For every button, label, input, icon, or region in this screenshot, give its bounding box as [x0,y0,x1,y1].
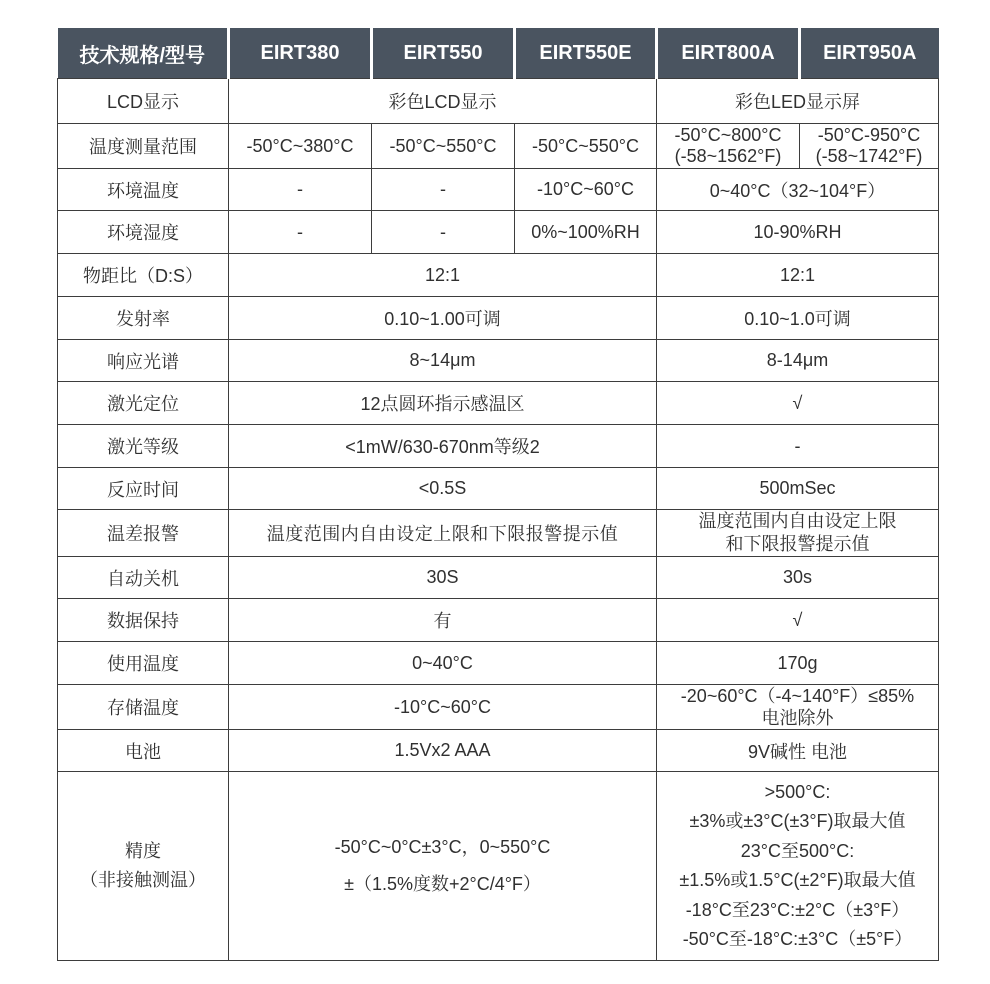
header-row: 技术规格/型号 EIRT380 EIRT550 EIRT550E EIRT800… [58,28,939,79]
cell-range-eirt550: -50°C~550°C [372,124,515,169]
cell-laserclass-group1: <1mW/630-670nm等级2 [229,425,657,468]
cell-ds-group1: 12:1 [229,254,657,297]
row-label-distance-spot-ratio: 物距比（D:S） [58,254,229,297]
cell-line: (-58~1562°F) [660,146,796,167]
cell-humidity-eirt550e: 0%~100%RH [515,211,657,254]
cell-line: ±（1.5%度数+2°C/4°F） [232,866,653,903]
label-line: 精度 [61,837,225,866]
cell-alarm-group2: 温度范围内自由设定上限 和下限报警提示值 [657,510,939,557]
cell-line: -18°C至23°C:±2°C（±3°F） [660,896,935,926]
cell-humidity-group2: 10-90%RH [657,211,939,254]
cell-range-eirt380: -50°C~380°C [229,124,372,169]
row-label-lcd-display: LCD显示 [58,79,229,124]
row-emissivity: 发射率 0.10~1.00可调 0.10~1.0可调 [58,297,939,340]
cell-response-group2: 500mSec [657,468,939,510]
row-lcd-display: LCD显示 彩色LCD显示 彩色LED显示屏 [58,79,939,124]
cell-operating-group1: 0~40°C [229,642,657,685]
cell-datahold-group2: √ [657,599,939,642]
row-distance-spot-ratio: 物距比（D:S） 12:1 12:1 [58,254,939,297]
row-label-ambient-temp: 环境温度 [58,169,229,211]
cell-line: 和下限报警提示值 [660,533,935,556]
cell-line: -50°C-950°C [803,125,935,146]
row-label-spectral-response: 响应光谱 [58,340,229,382]
label-line: （非接触测温） [61,866,225,895]
spec-table: 技术规格/型号 EIRT380 EIRT550 EIRT550E EIRT800… [57,28,939,961]
row-spectral-response: 响应光谱 8~14μm 8-14μm [58,340,939,382]
cell-storage-group2: -20~60°C（-4~140°F）≤85% 电池除外 [657,685,939,730]
cell-laserpos-group2: √ [657,382,939,425]
cell-humidity-eirt550: - [372,211,515,254]
header-cell-eirt550e: EIRT550E [515,28,657,79]
header-cell-eirt950a: EIRT950A [800,28,939,79]
cell-ambient-group2: 0~40°C（32~104°F） [657,169,939,211]
spec-sheet-page: 技术规格/型号 EIRT380 EIRT550 EIRT550E EIRT800… [0,0,990,984]
row-laser-positioning: 激光定位 12点圆环指示感温区 √ [58,382,939,425]
cell-line: -50°C至-18°C:±3°C（±5°F） [660,925,935,955]
cell-lcd-group2: 彩色LED显示屏 [657,79,939,124]
cell-line: ±1.5%或1.5°C(±2°F)取最大值 [660,866,935,896]
header-cell-spec-title: 技术规格/型号 [58,28,229,79]
cell-laserpos-group1: 12点圆环指示感温区 [229,382,657,425]
cell-ambient-eirt380: - [229,169,372,211]
row-label-storage-temp: 存储温度 [58,685,229,730]
cell-autooff-group2: 30s [657,557,939,599]
cell-lcd-group1: 彩色LCD显示 [229,79,657,124]
cell-line: >500°C: [660,778,935,808]
row-accuracy: 精度 （非接触测温） -50°C~0°C±3°C，0~550°C ±（1.5%度… [58,772,939,961]
cell-line: ±3%或±3°C(±3°F)取最大值 [660,807,935,837]
row-response-time: 反应时间 <0.5S 500mSec [58,468,939,510]
row-storage-temp: 存储温度 -10°C~60°C -20~60°C（-4~140°F）≤85% 电… [58,685,939,730]
cell-range-eirt800a: -50°C~800°C (-58~1562°F) [657,124,800,169]
cell-line: -50°C~0°C±3°C，0~550°C [232,829,653,866]
cell-storage-group1: -10°C~60°C [229,685,657,730]
cell-line: 23°C至500°C: [660,837,935,867]
header-cell-eirt380: EIRT380 [229,28,372,79]
row-label-operating-temp: 使用温度 [58,642,229,685]
cell-ambient-eirt550: - [372,169,515,211]
cell-emissivity-group1: 0.10~1.00可调 [229,297,657,340]
row-ambient-temp: 环境温度 - - -10°C~60°C 0~40°C（32~104°F） [58,169,939,211]
cell-response-group1: <0.5S [229,468,657,510]
cell-battery-group2: 9V碱性 电池 [657,730,939,772]
row-temp-alarm: 温差报警 温度范围内自由设定上限和下限报警提示值 温度范围内自由设定上限 和下限… [58,510,939,557]
cell-accuracy-group2: >500°C: ±3%或±3°C(±3°F)取最大值 23°C至500°C: ±… [657,772,939,961]
row-label-ambient-humidity: 环境湿度 [58,211,229,254]
cell-emissivity-group2: 0.10~1.0可调 [657,297,939,340]
cell-line: -50°C~800°C [660,125,796,146]
cell-alarm-group1: 温度范围内自由设定上限和下限报警提示值 [229,510,657,557]
cell-line: 电池除外 [660,707,935,729]
row-label-emissivity: 发射率 [58,297,229,340]
header-cell-eirt550: EIRT550 [372,28,515,79]
row-label-laser-class: 激光等级 [58,425,229,468]
row-data-hold: 数据保持 有 √ [58,599,939,642]
row-auto-power-off: 自动关机 30S 30s [58,557,939,599]
cell-line: (-58~1742°F) [803,146,935,167]
cell-spectral-group1: 8~14μm [229,340,657,382]
row-label-temp-alarm: 温差报警 [58,510,229,557]
cell-accuracy-group1: -50°C~0°C±3°C，0~550°C ±（1.5%度数+2°C/4°F） [229,772,657,961]
cell-line: -20~60°C（-4~140°F）≤85% [660,685,935,707]
cell-datahold-group1: 有 [229,599,657,642]
header-cell-eirt800a: EIRT800A [657,28,800,79]
row-laser-class: 激光等级 <1mW/630-670nm等级2 - [58,425,939,468]
cell-ds-group2: 12:1 [657,254,939,297]
row-label-data-hold: 数据保持 [58,599,229,642]
cell-range-eirt950a: -50°C-950°C (-58~1742°F) [800,124,939,169]
cell-line: 温度范围内自由设定上限 [660,510,935,533]
cell-laserclass-group2: - [657,425,939,468]
cell-spectral-group2: 8-14μm [657,340,939,382]
cell-battery-group1: 1.5Vx2 AAA [229,730,657,772]
cell-humidity-eirt380: - [229,211,372,254]
cell-operating-group2: 170g [657,642,939,685]
row-battery: 电池 1.5Vx2 AAA 9V碱性 电池 [58,730,939,772]
row-label-response-time: 反应时间 [58,468,229,510]
cell-range-eirt550e: -50°C~550°C [515,124,657,169]
row-label-auto-power-off: 自动关机 [58,557,229,599]
row-label-temp-measure-range: 温度测量范围 [58,124,229,169]
row-ambient-humidity: 环境湿度 - - 0%~100%RH 10-90%RH [58,211,939,254]
cell-autooff-group1: 30S [229,557,657,599]
row-label-accuracy: 精度 （非接触测温） [58,772,229,961]
row-temp-measure-range: 温度测量范围 -50°C~380°C -50°C~550°C -50°C~550… [58,124,939,169]
row-operating-temp: 使用温度 0~40°C 170g [58,642,939,685]
row-label-laser-positioning: 激光定位 [58,382,229,425]
row-label-battery: 电池 [58,730,229,772]
cell-ambient-eirt550e: -10°C~60°C [515,169,657,211]
